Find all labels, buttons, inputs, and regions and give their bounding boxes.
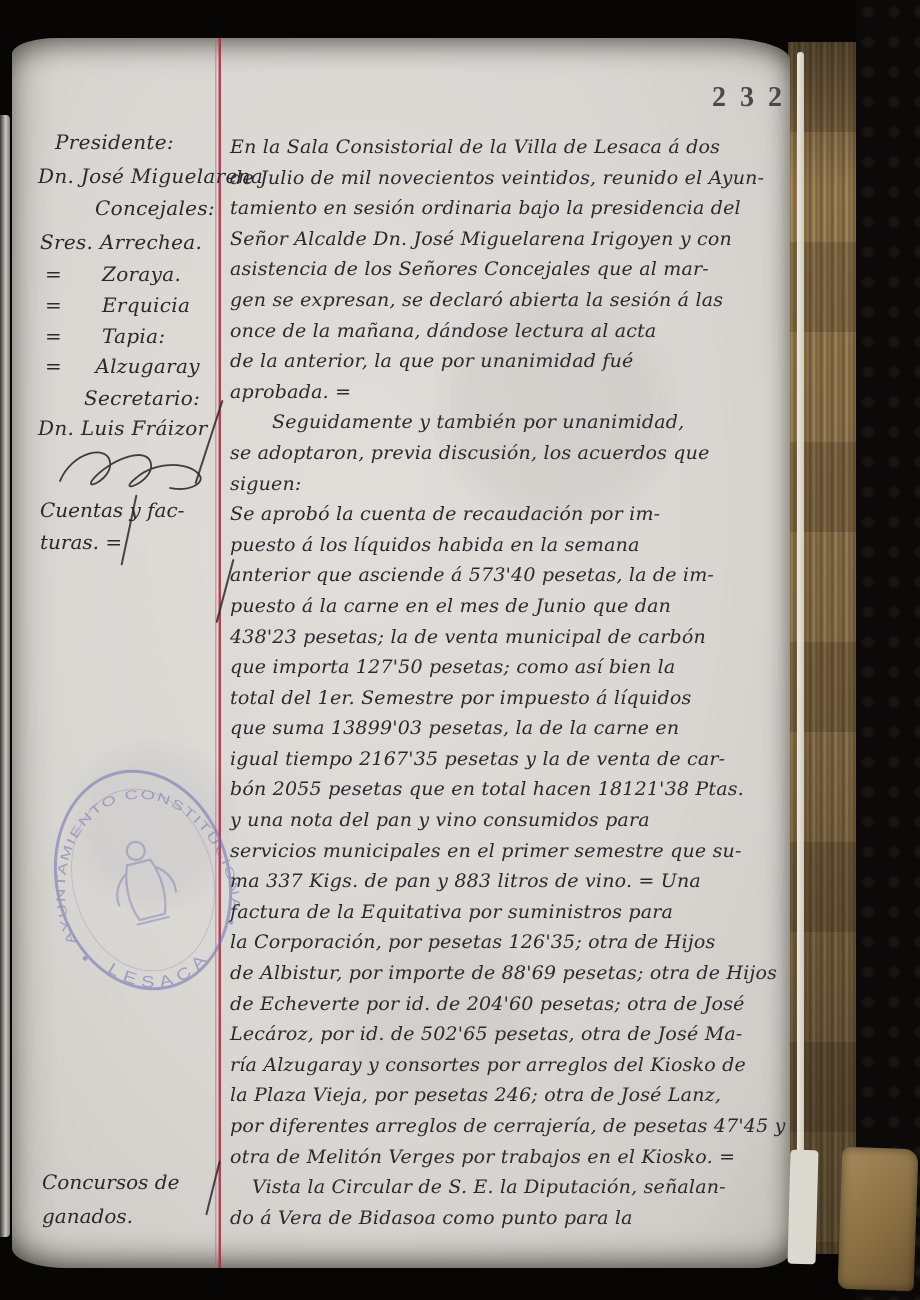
manuscript-line: factura de la Equitativa por suministros… — [230, 897, 786, 928]
underlying-page-corner — [788, 1150, 819, 1265]
manuscript-line: once de la mañana, dándose lectura al ac… — [230, 316, 786, 347]
protruding-page-edge — [797, 52, 804, 1248]
manuscript-line: la Plaza Vieja, por pesetas 246; otra de… — [230, 1080, 786, 1111]
manuscript-line: Se aprobó la cuenta de recaudación por i… — [230, 499, 786, 530]
manuscript-line: ría Alzugaray y consortes por arreglos d… — [230, 1050, 786, 1081]
manuscript-line: Vista la Circular de S. E. la Diputación… — [230, 1172, 786, 1203]
book-cover-corner — [838, 1147, 919, 1292]
manuscript-line: Seguidamente y también por unanimidad, — [230, 407, 786, 438]
margin-note-concursos: ganados. — [42, 1204, 133, 1228]
manuscript-line: por diferentes arreglos de cerrajería, d… — [230, 1111, 786, 1142]
manuscript-line: gen se expresan, se declaró abierta la s… — [230, 285, 786, 316]
facing-page-edge — [0, 115, 10, 1237]
manuscript-line: En la Sala Consistorial de la Villa de L… — [230, 132, 786, 163]
manuscript-line: y una nota del pan y vino consumidos par… — [230, 805, 786, 836]
manuscript-line: 438'23 pesetas; la de venta municipal de… — [230, 622, 786, 653]
manuscript-line: la Corporación, por pesetas 126'35; otra… — [230, 927, 786, 958]
svg-text:AYUNTAMIENTO CONSTITUCIONAL DE: AYUNTAMIENTO CONSTITUCIONAL DE — [0, 726, 247, 962]
manuscript-line: Lecároz, por id. de 502'65 pesetas, otra… — [230, 1019, 786, 1050]
stamp-crest — [105, 835, 182, 928]
margin-entry-concejales: Concejales: — [95, 196, 215, 220]
manuscript-line: bón 2055 pesetas que en total hacen 1812… — [230, 774, 786, 805]
manuscript-line: tamiento en sesión ordinaria bajo la pre… — [230, 193, 786, 224]
margin-rule — [215, 38, 221, 1268]
manuscript-line: total del 1er. Semestre por impuesto á l… — [230, 683, 786, 714]
book-cover — [856, 0, 920, 1300]
manuscript-line: de Albistur, por importe de 88'69 peseta… — [230, 958, 786, 989]
manuscript-line: igual tiempo 2167'35 pesetas y la de ven… — [230, 744, 786, 775]
manuscript-line: de la anterior, la que por unanimidad fu… — [230, 346, 786, 377]
margin-entry-concejal: = Tapia: — [45, 324, 165, 348]
margin-entry-secretario: Secretario: — [84, 386, 200, 410]
manuscript-line: anterior que asciende á 573'40 pesetas, … — [230, 560, 786, 591]
manuscript-line: asistencia de los Señores Concejales que… — [230, 254, 786, 285]
margin-note-cuentas: turas. = — [40, 530, 122, 554]
manuscript-line: que importa 127'50 pesetas; como así bie… — [230, 652, 786, 683]
manuscript-line: otra de Melitón Verges por trabajos en e… — [230, 1142, 786, 1173]
margin-note-cuentas: Cuentas y fac- — [40, 498, 184, 522]
manuscript-line: Señor Alcalde Dn. José Miguelarena Irigo… — [230, 224, 786, 255]
manuscript-line: ma 337 Kigs. de pan y 883 litros de vino… — [230, 866, 786, 897]
margin-entry-concejal: = Erquicia — [45, 293, 190, 317]
manuscript-line: que suma 13899'03 pesetas, la de la carn… — [230, 713, 786, 744]
signature-rubric — [52, 436, 212, 506]
manuscript-line: puesto á la carne en el mes de Junio que… — [230, 591, 786, 622]
manuscript-line: se adoptaron, previa discusión, los acue… — [230, 438, 786, 469]
manuscript-line: siguen: — [230, 469, 786, 500]
manuscript-line: de Julio de mil novecientos veintidos, r… — [230, 163, 786, 194]
manuscript-line: do á Vera de Bidasoa como punto para la — [230, 1203, 786, 1234]
manuscript-body: En la Sala Consistorial de la Villa de L… — [230, 132, 786, 1233]
page-number-stamp: 232 — [712, 82, 822, 114]
manuscript-line: servicios municipales en el primer semes… — [230, 836, 786, 867]
margin-entry-concejal: Sres. Arrechea. — [40, 230, 202, 254]
margin-entry-presidente: Presidente: — [55, 130, 174, 154]
book-scan: 232 Presidente: Dn. José Miguelarena Con… — [0, 0, 920, 1300]
manuscript-line: puesto á los líquidos habida en la seman… — [230, 530, 786, 561]
manuscript-page: 232 Presidente: Dn. José Miguelarena Con… — [12, 38, 790, 1268]
margin-entry-concejal: = Alzugaray — [45, 354, 200, 378]
margin-entry-concejal: = Zoraya. — [45, 262, 181, 286]
stamp-arc-text: AYUNTAMIENTO CONSTITUCIONAL DE — [0, 726, 247, 962]
margin-note-concursos: Concursos de — [42, 1170, 179, 1194]
manuscript-line: aprobada. = — [230, 377, 786, 408]
manuscript-line: de Echeverte por id. de 204'60 pesetas; … — [230, 989, 786, 1020]
